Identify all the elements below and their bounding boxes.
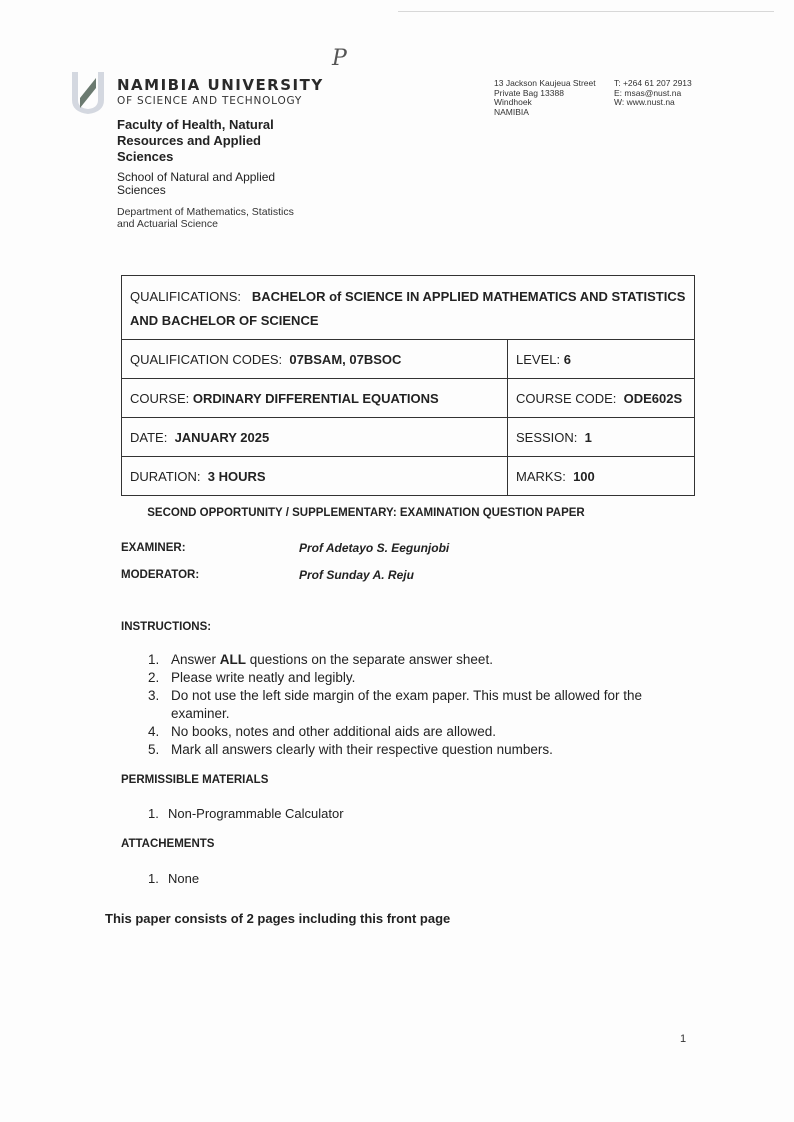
contact-website: W: www.nust.na [614, 98, 692, 108]
university-name: NAMIBIA UNIVERSITY [117, 76, 324, 94]
page-number: 1 [680, 1033, 686, 1045]
session-cell: SESSION: 1 [508, 418, 695, 457]
item-number: 1. [148, 805, 168, 823]
instruction-text: No books, notes and other additional aid… [171, 723, 671, 741]
instruction-emphasis: ALL [220, 652, 246, 667]
date-label: DATE: [130, 430, 167, 445]
duration-value: 3 HOURS [208, 469, 266, 484]
instruction-text: Answer ALL questions on the separate ans… [171, 651, 671, 669]
attachment-item: 1. None [148, 870, 668, 888]
instruction-number: 3. [148, 687, 171, 723]
marks-cell: MARKS: 100 [508, 457, 695, 496]
instruction-item: 1. Answer ALL questions on the separate … [148, 651, 671, 669]
examiner-name: Prof Adetayo S. Eegunjobi [299, 541, 449, 555]
instruction-number: 4. [148, 723, 171, 741]
attachments-list: 1. None [148, 870, 668, 888]
duration-row: DURATION: 3 HOURS MARKS: 100 [122, 457, 695, 496]
date-cell: DATE: JANUARY 2025 [122, 418, 508, 457]
department-name: Department of Mathematics, Statistics an… [117, 206, 307, 230]
qualification-codes-value: 07BSAM, 07BSOC [289, 352, 401, 367]
attachments-heading: ATTACHEMENTS [121, 838, 214, 850]
item-text: Non-Programmable Calculator [168, 805, 668, 823]
permissible-materials-list: 1. Non-Programmable Calculator [148, 805, 668, 823]
date-value: JANUARY 2025 [175, 430, 270, 445]
qualification-codes-cell: QUALIFICATION CODES: 07BSAM, 07BSOC [122, 340, 508, 379]
paper-type-heading: SECOND OPPORTUNITY / SUPPLEMENTARY: EXAM… [0, 507, 732, 519]
instruction-text-part: Answer [171, 652, 220, 667]
permissible-materials-heading: PERMISSIBLE MATERIALS [121, 774, 268, 786]
course-code-label: COURSE CODE: [516, 391, 616, 406]
instruction-text-part: questions on the separate answer sheet. [246, 652, 493, 667]
university-subtitle: OF SCIENCE AND TECHNOLOGY [117, 95, 302, 107]
item-number: 1. [148, 870, 168, 888]
university-logo-icon [68, 68, 108, 116]
instruction-text: Mark all answers clearly with their resp… [171, 741, 671, 759]
duration-cell: DURATION: 3 HOURS [122, 457, 508, 496]
permissible-material-item: 1. Non-Programmable Calculator [148, 805, 668, 823]
level-label: LEVEL: [516, 352, 560, 367]
qualifications-label: QUALIFICATIONS: [130, 289, 241, 304]
faculty-name: Faculty of Health, Natural Resources and… [117, 117, 287, 165]
instruction-number: 5. [148, 741, 171, 759]
course-label: COURSE: [130, 391, 189, 406]
moderator-name: Prof Sunday A. Reju [299, 568, 414, 582]
course-cell: COURSE: ORDINARY DIFFERENTIAL EQUATIONS [122, 379, 508, 418]
instruction-text: Do not use the left side margin of the e… [171, 687, 671, 723]
marks-label: MARKS: [516, 469, 566, 484]
instruction-item: 3. Do not use the left side margin of th… [148, 687, 671, 723]
instructions-heading: INSTRUCTIONS: [121, 621, 211, 633]
session-value: 1 [585, 430, 592, 445]
scan-artifact-line [398, 11, 774, 12]
duration-label: DURATION: [130, 469, 201, 484]
course-row: COURSE: ORDINARY DIFFERENTIAL EQUATIONS … [122, 379, 695, 418]
level-cell: LEVEL: 6 [508, 340, 695, 379]
instruction-item: 5. Mark all answers clearly with their r… [148, 741, 671, 759]
item-text: None [168, 870, 668, 888]
course-code-cell: COURSE CODE: ODE602S [508, 379, 695, 418]
instruction-text: Please write neatly and legibly. [171, 669, 671, 687]
course-code-value: ODE602S [624, 391, 683, 406]
address-line: NAMIBIA [494, 108, 596, 118]
handwritten-mark: P [332, 46, 347, 71]
instruction-item: 2. Please write neatly and legibly. [148, 669, 671, 687]
instructions-list: 1. Answer ALL questions on the separate … [148, 651, 671, 759]
instruction-number: 2. [148, 669, 171, 687]
page-count-note: This paper consists of 2 pages including… [105, 911, 450, 926]
moderator-label: MODERATOR: [121, 569, 199, 581]
examiner-label: EXAMINER: [121, 542, 186, 554]
codes-row: QUALIFICATION CODES: 07BSAM, 07BSOC LEVE… [122, 340, 695, 379]
qualifications-row: QUALIFICATIONS: BACHELOR of SCIENCE IN A… [122, 276, 695, 340]
school-name: School of Natural and Applied Sciences [117, 171, 297, 197]
qualifications-cell: QUALIFICATIONS: BACHELOR of SCIENCE IN A… [122, 276, 695, 340]
contact-details: T: +264 61 207 2913 E: msas@nust.na W: w… [614, 79, 692, 108]
session-label: SESSION: [516, 430, 577, 445]
postal-address: 13 Jackson Kaujeua Street Private Bag 13… [494, 79, 596, 117]
course-value: ORDINARY DIFFERENTIAL EQUATIONS [193, 391, 439, 406]
instruction-number: 1. [148, 651, 171, 669]
qualification-codes-label: QUALIFICATION CODES: [130, 352, 282, 367]
instruction-item: 4. No books, notes and other additional … [148, 723, 671, 741]
marks-value: 100 [573, 469, 595, 484]
level-value: 6 [564, 352, 571, 367]
exam-info-table: QUALIFICATIONS: BACHELOR of SCIENCE IN A… [121, 275, 695, 496]
date-row: DATE: JANUARY 2025 SESSION: 1 [122, 418, 695, 457]
